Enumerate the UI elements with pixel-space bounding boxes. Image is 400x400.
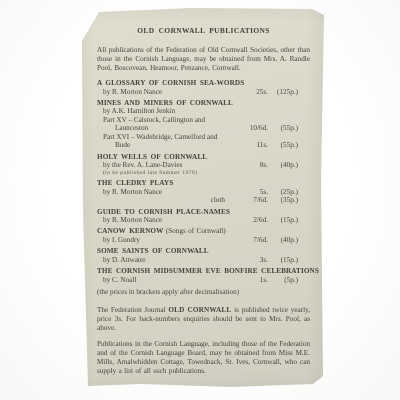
publication-row: THE CLEDRY PLAYS [97, 179, 310, 188]
publication-line-text: Part XV – Calstock, Callington and [97, 116, 298, 125]
publication-row: by D. Attwater3s.(15p.) [97, 256, 310, 265]
price-shillings: 25s. [228, 88, 268, 97]
price-decimal: (125p.) [268, 88, 298, 97]
price-shillings: 11s. [228, 141, 268, 150]
publication-line-text: GUIDE TO CORNISH PLACE-NAMES [97, 208, 298, 217]
price-shillings: 10/6d. [228, 124, 268, 133]
publication-line-text: by the Rev. A. Lane-Davies [97, 161, 228, 170]
publication-row: by the Rev. A. Lane-Davies8s.(40p.) [97, 161, 310, 170]
publication-row: GUIDE TO CORNISH PLACE-NAMES [97, 208, 310, 217]
publication-entry: SOME SAINTS OF CORNWALLby D. Attwater3s.… [97, 247, 310, 264]
publication-list: A GLOSSARY OF CORNISH SEA-WORDSby R. Mor… [97, 79, 310, 284]
journal-title-bold: OLD CORNWALL [168, 306, 231, 314]
publication-entry: CANOW KERNOW (Songs of Cornwall)by I. Gu… [97, 227, 310, 244]
publication-line-text: (to be published late Summer 1970) [97, 170, 298, 177]
prices-note: (the prices in brackets apply after deci… [97, 288, 310, 297]
price-decimal: (5p.) [268, 276, 298, 285]
publication-entry: A GLOSSARY OF CORNISH SEA-WORDSby R. Mor… [97, 79, 310, 96]
publication-row: Launceston10/6d.(55p.) [97, 124, 310, 133]
publication-row: A GLOSSARY OF CORNISH SEA-WORDS [97, 79, 310, 88]
publication-entry: THE CORNISH MIDSUMMER EVE BONFIRE CELEBR… [97, 267, 310, 284]
page-content: OLD CORNWALL PUBLICATIONS All publicatio… [97, 26, 310, 376]
document-page: OLD CORNWALL PUBLICATIONS All publicatio… [82, 7, 324, 387]
publication-line-text: THE CLEDRY PLAYS [97, 179, 298, 188]
publication-entry: GUIDE TO CORNISH PLACE-NAMESby R. Morton… [97, 208, 310, 225]
page-title: OLD CORNWALL PUBLICATIONS [97, 26, 310, 35]
price-decimal: (25p.) [268, 188, 298, 197]
publication-entry: MINES AND MINERS OF CORNWALLby A.K. Hami… [97, 99, 310, 150]
publication-line-text: A GLOSSARY OF CORNISH SEA-WORDS [97, 79, 298, 88]
price-decimal: (15p.) [268, 216, 298, 225]
publication-line-text: SOME SAINTS OF CORNWALL [97, 247, 298, 256]
journal-text-pre: The Federation Journal [97, 306, 168, 314]
publication-row: by R. Morton Nance2/6d.(15p.) [97, 216, 310, 225]
publication-row: cloth7/6d.(35p.) [97, 196, 310, 205]
publication-row: (to be published late Summer 1970) [97, 170, 310, 177]
publication-row: CANOW KERNOW (Songs of Cornwall) [97, 227, 310, 236]
publication-row: HOLY WELLS OF CORNWALL [97, 153, 310, 162]
publication-row: by R. Morton Nance5s.(25p.) [97, 188, 310, 197]
publication-line-text: by R. Morton Nance [97, 188, 228, 197]
price-shillings: 5s. [228, 188, 268, 197]
publication-row: SOME SAINTS OF CORNWALL [97, 247, 310, 256]
price-decimal: (55p.) [268, 124, 298, 133]
price-decimal: (40p.) [268, 161, 298, 170]
publication-title-suffix: (Songs of Cornwall) [163, 227, 225, 235]
publication-line-text: Launceston [97, 124, 228, 133]
publication-row: Part XVI – Wadebridge, Camelford and [97, 133, 310, 142]
price-decimal: (15p.) [268, 256, 298, 265]
publication-entry: THE CLEDRY PLAYSby R. Morton Nance5s.(25… [97, 179, 310, 205]
journal-paragraph: The Federation Journal OLD CORNWALL is p… [97, 306, 310, 333]
price-shillings: 7/6d. [228, 196, 268, 205]
price-shillings: 1s. [228, 276, 268, 285]
price-shillings: 8s. [228, 161, 268, 170]
publication-row: by C. Noall1s.(5p.) [97, 276, 310, 285]
publication-line-text: THE CORNISH MIDSUMMER EVE BONFIRE CELEBR… [97, 267, 319, 276]
publication-row: by A.K. Hamilton Jenkin [97, 107, 310, 116]
publication-row: MINES AND MINERS OF CORNWALL [97, 99, 310, 108]
price-shillings: 3s. [228, 256, 268, 265]
publication-row: by I. Gundry7/6d.(40p.) [97, 236, 310, 245]
price-decimal: (35p.) [268, 196, 298, 205]
publication-entry: HOLY WELLS OF CORNWALLby the Rev. A. Lan… [97, 153, 310, 177]
price-decimal: (40p.) [268, 236, 298, 245]
publication-line-text: CANOW KERNOW (Songs of Cornwall) [97, 227, 298, 236]
publication-row: Part XV – Calstock, Callington and [97, 116, 310, 125]
intro-paragraph: All publications of the Federation of Ol… [97, 46, 310, 73]
price-decimal: (55p.) [268, 141, 298, 150]
publication-line-text: by A.K. Hamilton Jenkin [97, 107, 298, 116]
publication-line-text: by I. Gundry [97, 236, 228, 245]
cloth-label: cloth [211, 196, 225, 205]
price-shillings: 2/6d. [228, 216, 268, 225]
publication-line-text: by C. Noall [97, 276, 228, 285]
publication-line-text: Part XVI – Wadebridge, Camelford and [97, 133, 298, 142]
publication-line-text: by R. Morton Nance [97, 216, 228, 225]
publication-row: by R. Morton Nance25s.(125p.) [97, 88, 310, 97]
publication-line-text: by R. Morton Nance [97, 88, 228, 97]
language-paragraph: Publications in the Cornish Language, in… [97, 340, 310, 376]
publication-line-text: HOLY WELLS OF CORNWALL [97, 153, 298, 162]
publication-line-text: by D. Attwater [97, 256, 228, 265]
publication-row: THE CORNISH MIDSUMMER EVE BONFIRE CELEBR… [97, 267, 310, 276]
publication-line-text: MINES AND MINERS OF CORNWALL [97, 99, 298, 108]
publication-row: Bude11s.(55p.) [97, 141, 310, 150]
price-shillings: 7/6d. [228, 236, 268, 245]
publication-line-text: Bude [97, 141, 228, 150]
